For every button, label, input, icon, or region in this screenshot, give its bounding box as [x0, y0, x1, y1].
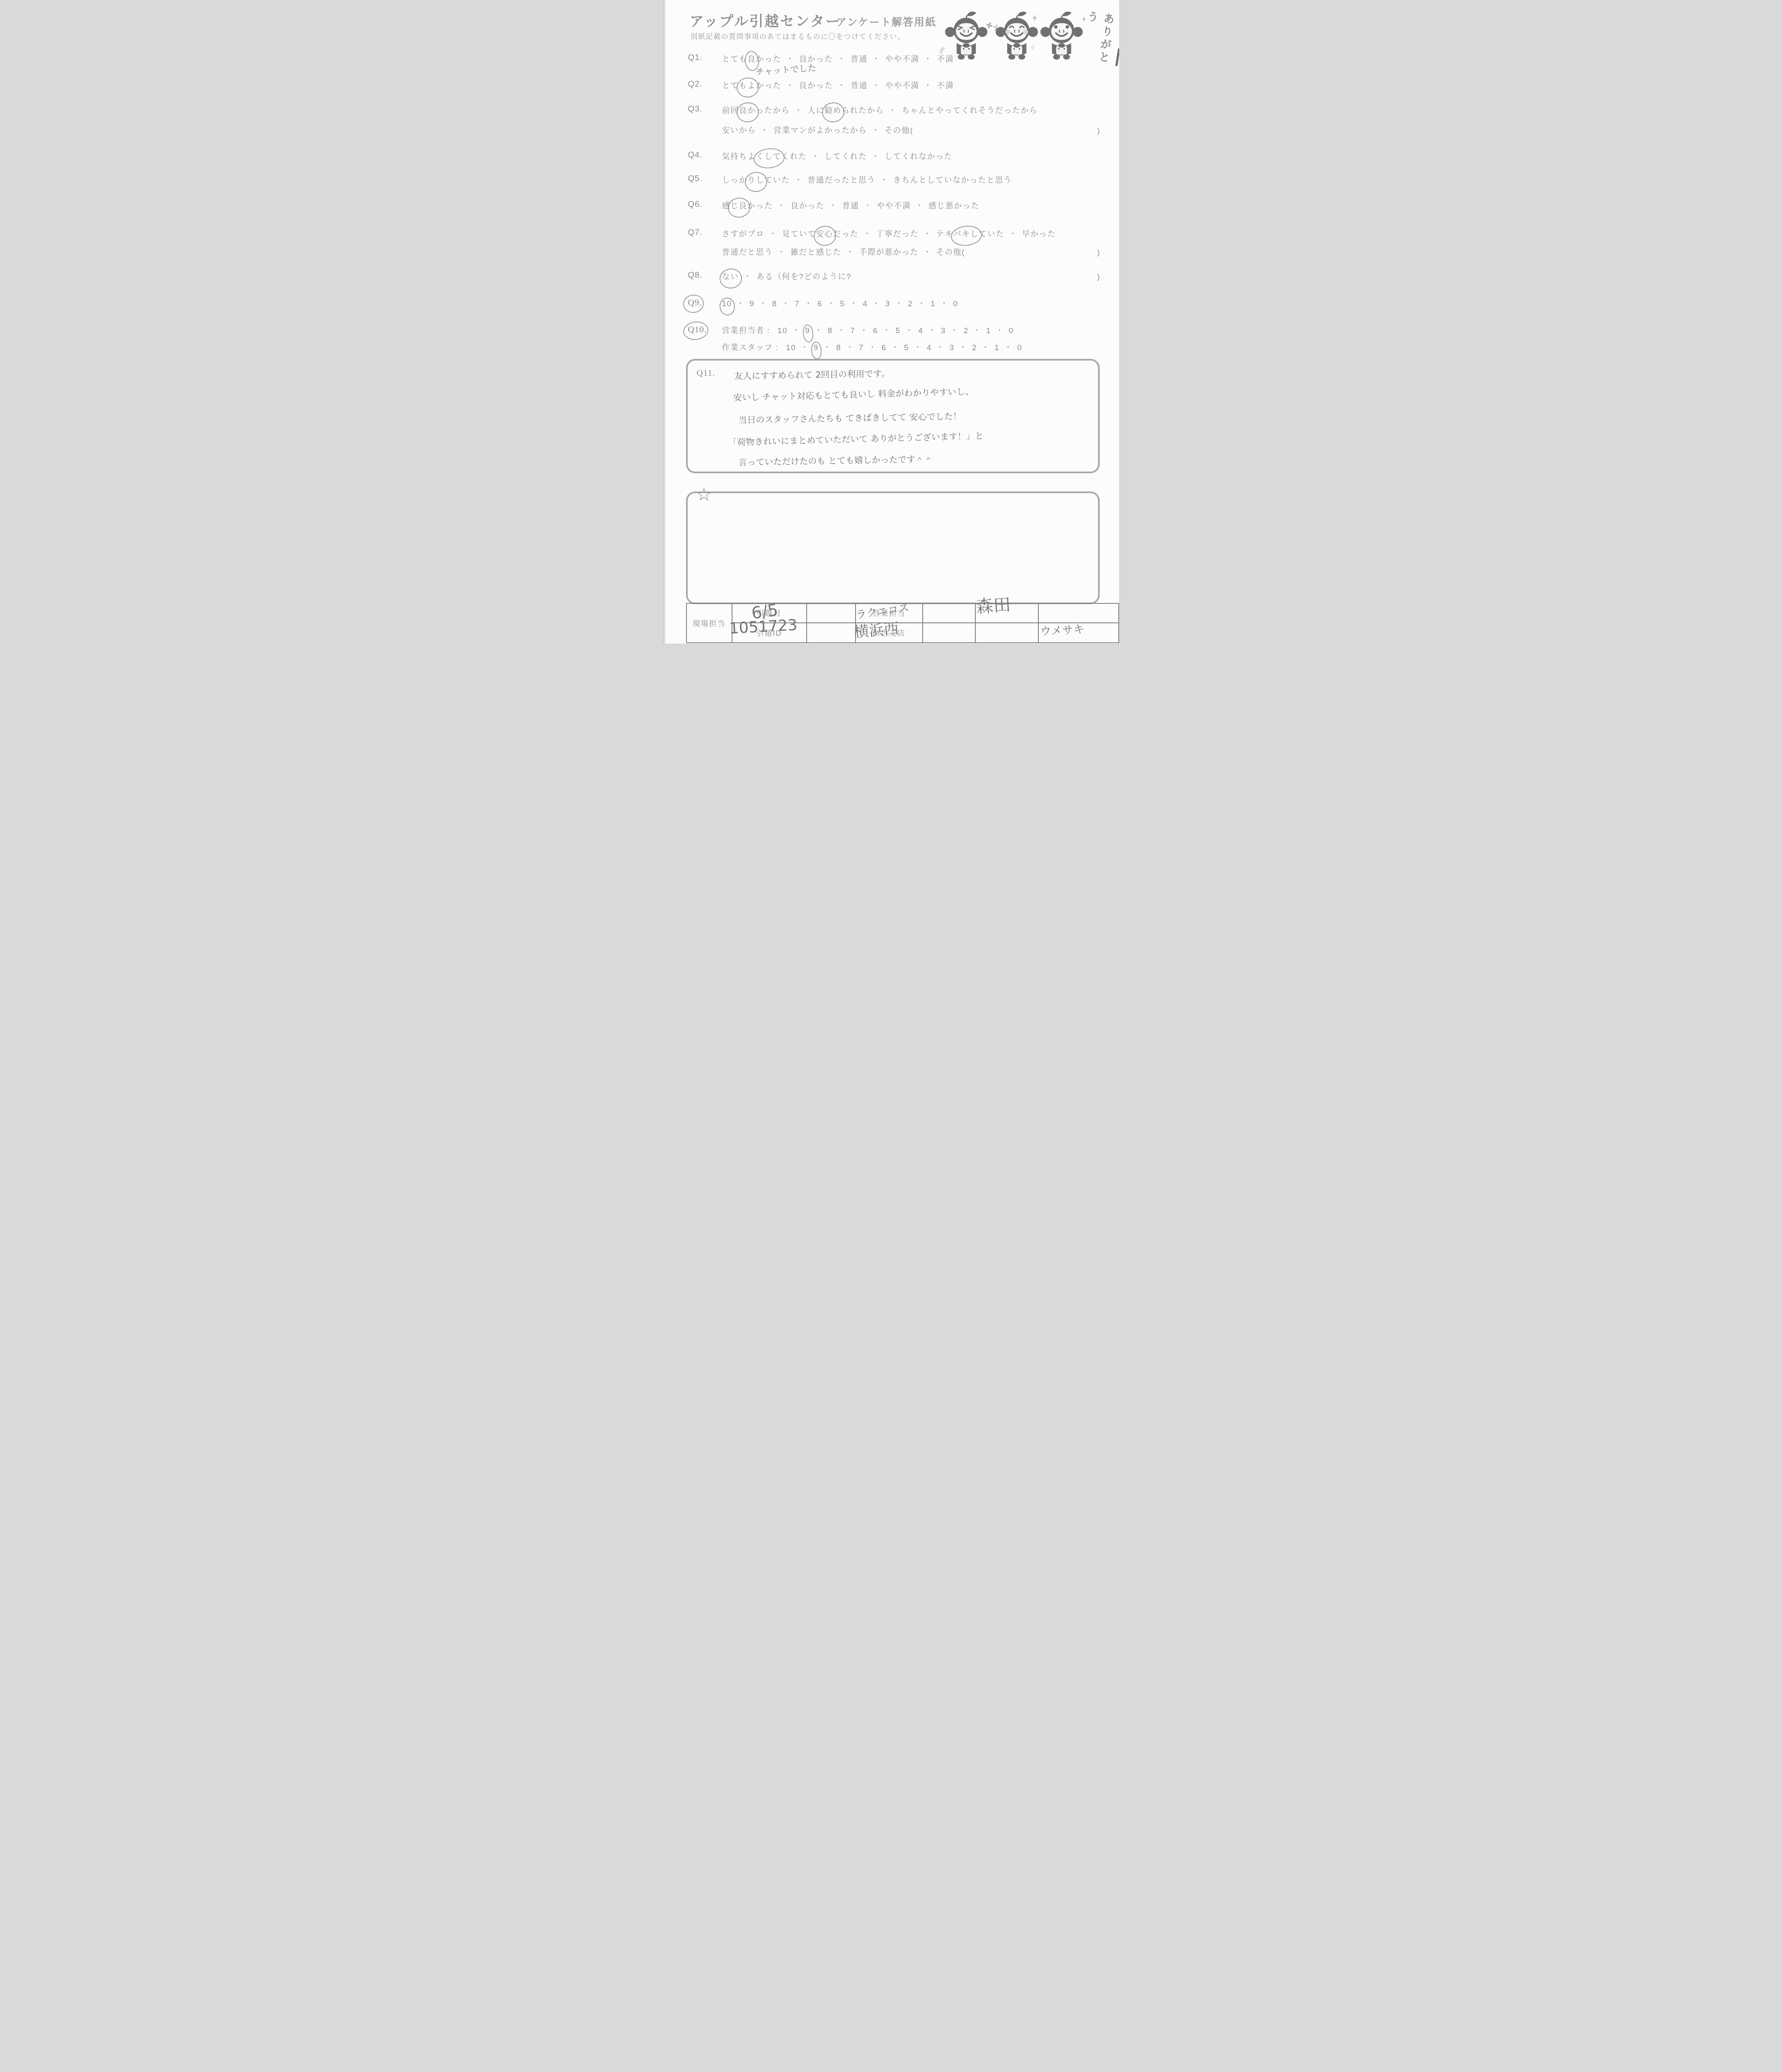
- question-label: Q6.: [688, 200, 722, 209]
- hand-circle-mark: ない: [722, 271, 739, 282]
- survey-sheet: アップル引越センター アンケート解答用紙 別紙記載の質問事項のあてはまるものに〇…: [663, 0, 1119, 644]
- answer-option: 5: [840, 300, 845, 309]
- answer-option: 8: [836, 344, 841, 353]
- handwritten-comment-line: 友人にすすめられて 2回目の利用です。: [734, 367, 890, 382]
- question-label: Q1.: [688, 53, 722, 63]
- question-line: 作業スタッフ :10・9・8・7・6・5・4・3・2・1・0: [688, 341, 1101, 353]
- answer-option: 9: [814, 344, 819, 353]
- sales-rep-cell: [923, 604, 976, 623]
- handwritten-comment-line: 「荷物きれいにまとめていただいて ありがとうございます！」と: [728, 429, 984, 448]
- answer-option: 2: [908, 300, 913, 309]
- site-rep-name-1: 森田: [975, 591, 1011, 618]
- option-separator: ・: [838, 53, 846, 64]
- hand-circle-mark: りし: [747, 174, 764, 185]
- option-separator: ・: [761, 124, 769, 136]
- extra-comment-box: ☆: [686, 491, 1100, 604]
- answer-option: やや不満: [885, 80, 919, 91]
- option-separator: ・: [973, 324, 982, 336]
- option-separator: ・: [804, 298, 813, 309]
- question-line: Q2.とてもよかった・良かった・普通・やや不満・不満: [688, 80, 1101, 91]
- option-separator: ・: [936, 341, 945, 353]
- options-row: とてもよかった・良かった・普通・やや不満・不満: [722, 80, 1101, 91]
- option-separator: ・: [778, 246, 786, 257]
- answer-option: 人に勧められたから: [807, 104, 884, 116]
- answer-option: 6: [873, 327, 878, 336]
- hand-circle-mark: じ良: [730, 200, 747, 211]
- answer-option: してくれなかった: [885, 150, 953, 162]
- options-row: 気持ちよくしてくれた・してくれた・してくれなかった: [722, 150, 1101, 162]
- answer-option: 10: [778, 327, 788, 336]
- options-row: 営業担当者 :10・9・8・7・6・5・4・3・2・1・0: [722, 324, 1101, 336]
- answer-option: 10: [722, 300, 732, 309]
- site-rep-label: 現場担当: [687, 604, 732, 642]
- answer-option: 3: [941, 327, 946, 336]
- answer-option: 8: [772, 300, 777, 309]
- options-row: とても良かった・良かった・普通・やや不満・不満: [722, 53, 1101, 64]
- answer-option: 1: [994, 344, 999, 353]
- options-row: 10・9・8・7・6・5・4・3・2・1・0: [722, 298, 1101, 309]
- option-separator: ・: [864, 200, 873, 211]
- hand-circled-question-label: Q10.: [688, 324, 707, 335]
- hand-circled-question-label: Q9.: [688, 298, 702, 308]
- question-label-q11: Q11.: [697, 368, 715, 378]
- options-row: 感じ良かった・良かった・普通・やや不満・感じ悪かった: [722, 200, 1101, 211]
- option-separator: ・: [860, 324, 868, 336]
- answer-option: 早かった: [1022, 228, 1056, 239]
- question-label: Q5.: [688, 174, 722, 184]
- answer-option: 感じ悪かった: [929, 200, 979, 211]
- answer-option: 7: [795, 300, 800, 309]
- star-icon: ☆: [696, 484, 712, 505]
- answer-option: ちゃんとやってくれそうだったから: [902, 104, 1038, 116]
- option-separator: ・: [940, 298, 949, 309]
- question-line: Q3.前回良かったから・人に勧められたから・ちゃんとやってくれそうだったから: [688, 104, 1101, 116]
- comment-box: Q11. 友人にすすめられて 2回目の利用です。安いし チャット対応もとても良い…: [686, 359, 1100, 473]
- option-separator: ・: [744, 271, 752, 282]
- answer-option: 2: [963, 327, 968, 336]
- answer-option: 5: [904, 344, 909, 353]
- hand-circle-mark: 安心: [816, 228, 833, 239]
- monkey-mascot-icon: [1040, 10, 1083, 60]
- option-separator: ・: [923, 228, 932, 239]
- option-separator: ・: [996, 324, 1004, 336]
- hand-circle-mark: 9: [805, 327, 810, 336]
- option-separator: ・: [950, 324, 959, 336]
- option-separator: ・: [872, 298, 881, 309]
- hand-circle-mark: パキし: [953, 228, 979, 239]
- answer-option: ある（何を?どのように?: [756, 271, 851, 282]
- rating-target-label: 作業スタッフ :: [722, 341, 779, 353]
- answer-option: 気持ちよくしてくれた: [722, 150, 807, 162]
- hand-circle-mark: くして: [756, 150, 782, 162]
- answer-option: 普通: [842, 200, 859, 211]
- free-answer-close-paren: ): [1097, 273, 1101, 282]
- option-separator: ・: [895, 298, 904, 309]
- answer-option: 0: [1009, 327, 1014, 336]
- move-date-cell: [807, 604, 856, 623]
- option-separator: ・: [823, 341, 832, 353]
- option-separator: ・: [737, 298, 745, 309]
- option-separator: ・: [868, 341, 877, 353]
- options-row: ない・ある（何を?どのように?): [722, 271, 1101, 282]
- answer-option: 不満: [937, 53, 954, 64]
- option-separator: ・: [792, 324, 801, 336]
- answer-option: テキパキしていた: [936, 228, 1004, 239]
- question-label: Q3.: [688, 104, 722, 114]
- hand-circle-mark: 良: [747, 53, 756, 64]
- answer-option: 感じ良かった: [722, 200, 773, 211]
- option-separator: ・: [924, 80, 933, 91]
- option-separator: ・: [863, 228, 872, 239]
- branch-cell: [923, 623, 976, 643]
- hand-circle-mark: もよ: [739, 80, 756, 91]
- answer-option: 普通だと思う: [722, 246, 773, 257]
- question-label: Q7.: [688, 228, 722, 237]
- question-line: 普通だと思う・雑だと感じた・手際が悪かった・その他(): [688, 246, 1101, 257]
- answer-option: 6: [817, 300, 822, 309]
- answer-option: 7: [859, 344, 864, 353]
- options-row: 前回良かったから・人に勧められたから・ちゃんとやってくれそうだったから: [722, 104, 1101, 116]
- option-separator: ・: [829, 200, 838, 211]
- option-separator: ・: [850, 298, 858, 309]
- answer-option: 9: [805, 327, 810, 336]
- answer-option: 5: [896, 327, 901, 336]
- answer-option: 9: [749, 300, 754, 309]
- question-line: Q1.とても良かった・良かった・普通・やや不満・不満: [688, 53, 1101, 64]
- answer-option: 0: [953, 300, 958, 309]
- company-title: アップル引越センター: [690, 10, 841, 30]
- answer-option: 4: [863, 300, 868, 309]
- option-separator: ・: [891, 341, 900, 353]
- answer-option: やや不満: [877, 200, 911, 211]
- answer-option: 見ていて安心だった: [782, 228, 859, 239]
- answer-option: 7: [850, 327, 855, 336]
- option-separator: ・: [769, 228, 778, 239]
- answer-option: してくれた: [824, 150, 867, 162]
- option-separator: ・: [815, 324, 823, 336]
- answer-option: 良かった: [799, 80, 833, 91]
- answer-option: 普通: [851, 80, 868, 91]
- answer-option: 普通だったと思う: [807, 174, 875, 185]
- answer-option: しっかりしていた: [722, 174, 790, 185]
- option-separator: ・: [872, 80, 881, 91]
- question-label: Q10.: [688, 324, 722, 335]
- site-rep-name-2: ウメサキ: [1040, 620, 1085, 639]
- options-row: 安いから・営業マンがよかったから・その他(): [722, 124, 1101, 136]
- option-separator: ・: [883, 324, 891, 336]
- option-separator: ・: [924, 53, 933, 64]
- answer-option: 4: [918, 327, 923, 336]
- options-row: 作業スタッフ :10・9・8・7・6・5・4・3・2・1・0: [722, 341, 1101, 353]
- option-separator: ・: [917, 298, 926, 309]
- move-id-cell: [807, 623, 856, 643]
- instruction-text: 別紙記載の質問事項のあてはまるものに〇をつけてください。: [691, 31, 905, 41]
- answer-option: きちんとしていなかったと思う: [893, 174, 1012, 185]
- hand-circle-mark: 10: [722, 300, 732, 309]
- answer-option: 8: [828, 327, 833, 336]
- option-separator: ・: [795, 104, 803, 116]
- answer-option: その他(: [936, 246, 965, 257]
- answer-option: とても良かった: [722, 53, 782, 64]
- option-separator: ・: [846, 246, 855, 257]
- answer-option: 雑だと感じた: [790, 246, 841, 257]
- option-separator: ・: [872, 124, 880, 136]
- option-separator: ・: [1009, 228, 1018, 239]
- answer-option: 安いから: [722, 124, 756, 136]
- answer-option: さすがプロ: [722, 228, 765, 239]
- question-line: Q7.さすがプロ・見ていて安心だった・丁寧だった・テキパキしていた・早かった: [688, 228, 1101, 239]
- options-row: しっかりしていた・普通だったと思う・きちんとしていなかったと思う: [722, 174, 1101, 185]
- answer-option: 不満: [937, 80, 954, 91]
- free-answer-close-paren: ): [1097, 126, 1101, 136]
- document-title: アンケート解答用紙: [836, 14, 937, 29]
- option-separator: ・: [800, 341, 809, 353]
- answer-option: とてもよかった: [722, 80, 782, 91]
- scan-edge-artifact: [663, 0, 666, 644]
- option-separator: ・: [915, 200, 924, 211]
- option-separator: ・: [1004, 341, 1013, 353]
- question-label: Q2.: [688, 80, 722, 89]
- answer-option: 10: [786, 344, 796, 353]
- question-line: Q10.営業担当者 :10・9・8・7・6・5・4・3・2・1・0: [688, 324, 1101, 336]
- option-separator: ・: [786, 80, 795, 91]
- option-separator: ・: [880, 174, 889, 185]
- monkey-mascot-icon: [945, 10, 987, 60]
- hand-circle-mark: 良か: [739, 104, 756, 116]
- answer-option: 普通: [851, 53, 868, 64]
- hand-circle-mark: 9: [814, 344, 819, 353]
- options-row: さすがプロ・見ていて安心だった・丁寧だった・テキパキしていた・早かった: [722, 228, 1101, 239]
- option-separator: ・: [923, 246, 932, 257]
- option-separator: ・: [827, 298, 836, 309]
- option-separator: ・: [837, 324, 846, 336]
- move-id-value: 1051723: [729, 616, 798, 637]
- hand-circle-mark: 勧め: [824, 104, 841, 116]
- option-separator: ・: [905, 324, 914, 336]
- answer-option: 3: [949, 344, 954, 353]
- question-line: Q8.ない・ある（何を?どのように?): [688, 271, 1101, 282]
- free-answer-close-paren: ): [1097, 248, 1101, 257]
- branch-value: 横浜西: [853, 617, 899, 642]
- answer-option: 手際が悪かった: [859, 246, 919, 257]
- question-line: Q9.10・9・8・7・6・5・4・3・2・1・0: [688, 298, 1101, 309]
- question-line: 安いから・営業マンがよかったから・その他(): [688, 124, 1101, 136]
- handwritten-comment-line: 言っていただけたのも とても嬉しかったです＾＾: [738, 453, 933, 468]
- handwritten-comment-line: 安いし チャット対応もとても良いし 料金がわかりやすいし、: [733, 385, 974, 404]
- handwritten-comment-line: 当日のスタッフさんたちも てきぱきしてて 安心でした！: [738, 410, 962, 426]
- option-separator: ・: [812, 150, 820, 162]
- option-separator: ・: [959, 341, 967, 353]
- answer-option: 4: [927, 344, 932, 353]
- option-separator: ・: [838, 80, 846, 91]
- option-separator: ・: [872, 150, 880, 162]
- question-label: Q4.: [688, 150, 722, 160]
- answer-option: ない: [722, 271, 739, 282]
- option-separator: ・: [782, 298, 790, 309]
- answer-option: 3: [885, 300, 890, 309]
- sparkle-icon: ✧: [1030, 42, 1035, 53]
- option-separator: ・: [928, 324, 936, 336]
- question-line: Q6.感じ良かった・良かった・普通・やや不満・感じ悪かった: [688, 200, 1101, 211]
- answer-option: 1: [931, 300, 936, 309]
- question-label: Q9.: [688, 298, 722, 308]
- answer-option: 6: [882, 344, 887, 353]
- question-line: Q4.気持ちよくしてくれた・してくれた・してくれなかった: [688, 150, 1101, 162]
- answer-option: 0: [1017, 344, 1022, 353]
- option-separator: ・: [759, 298, 768, 309]
- scan-edge-artifact: [1115, 48, 1119, 66]
- site-rep-cell-lower: [976, 623, 1039, 643]
- answer-option: その他(: [885, 124, 913, 136]
- rating-target-label: 営業担当者 :: [722, 324, 770, 336]
- option-separator: ・: [914, 341, 922, 353]
- answer-option: 1: [986, 327, 991, 336]
- answer-option: 営業マンがよかったから: [773, 124, 867, 136]
- option-separator: ・: [872, 53, 881, 64]
- option-separator: ・: [889, 104, 897, 116]
- option-separator: ・: [778, 200, 786, 211]
- option-separator: ・: [846, 341, 854, 353]
- answer-option: 前回良かったから: [722, 104, 790, 116]
- sparkle-icon: ✦: [1032, 11, 1038, 25]
- answer-option: 2: [972, 344, 977, 353]
- option-separator: ・: [795, 174, 803, 185]
- question-label: Q8.: [688, 271, 722, 280]
- option-separator: ・: [982, 341, 990, 353]
- options-row: 普通だと思う・雑だと感じた・手際が悪かった・その他(): [722, 246, 1101, 257]
- question-line: Q5.しっかりしていた・普通だったと思う・きちんとしていなかったと思う: [688, 174, 1101, 185]
- answer-option: やや不満: [885, 53, 919, 64]
- answer-option: 丁寧だった: [876, 228, 919, 239]
- answer-option: 良かった: [790, 200, 824, 211]
